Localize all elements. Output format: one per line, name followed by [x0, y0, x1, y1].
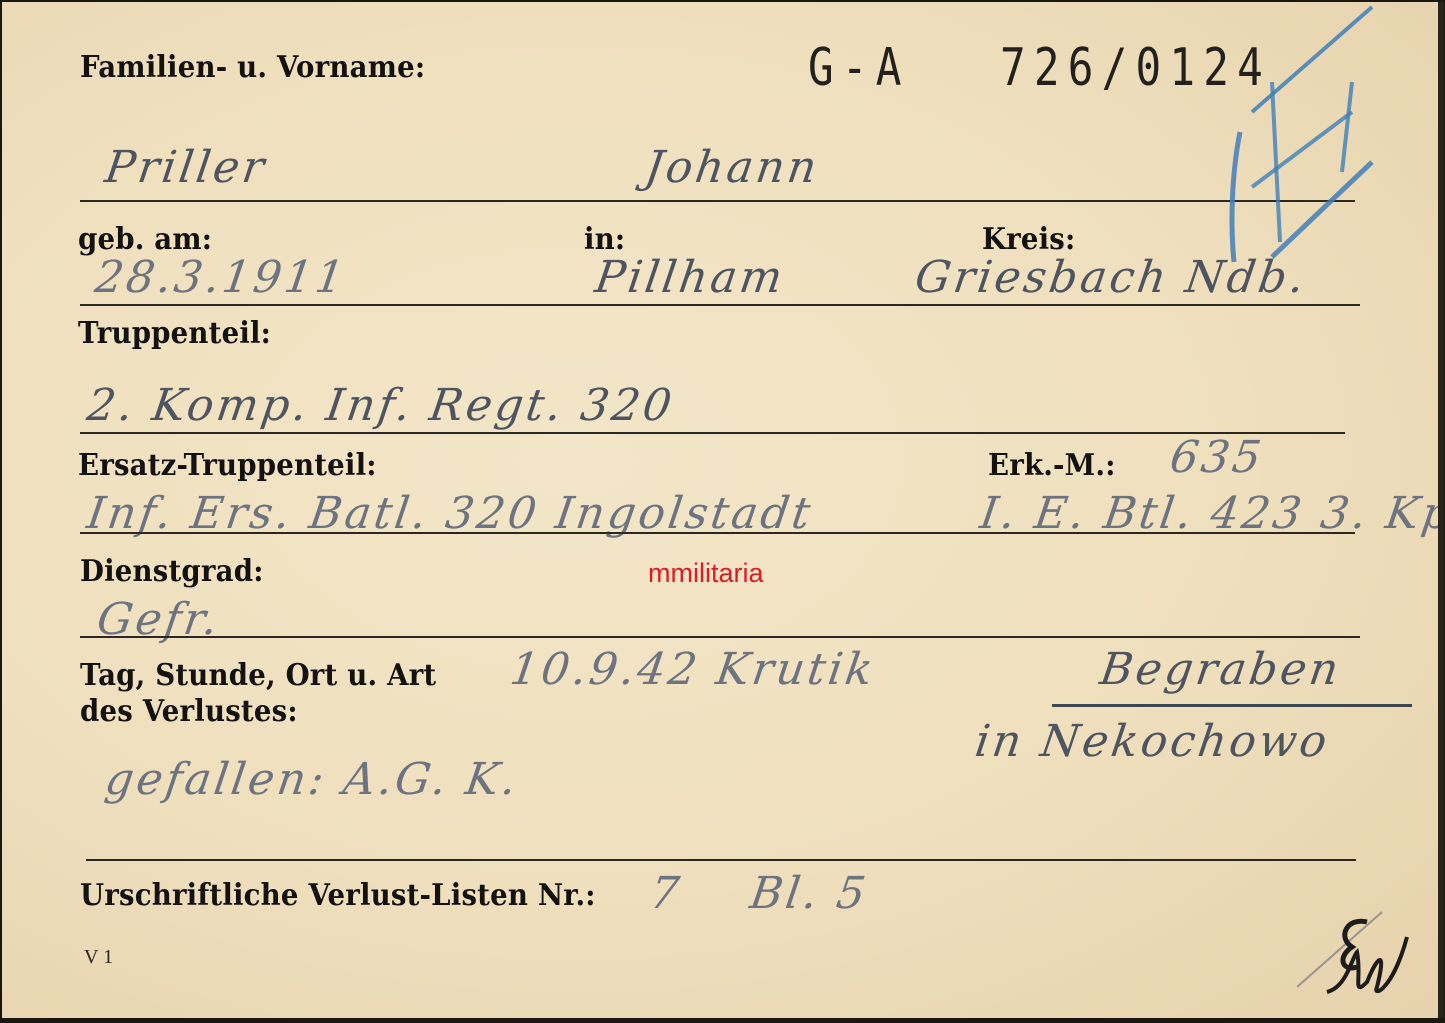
form-code: V 1	[84, 946, 113, 969]
label-rank: Dienstgrad:	[80, 554, 264, 589]
rule-unit	[80, 432, 1345, 434]
value-birth-place: Pillham	[592, 252, 788, 303]
value-surname: Priller	[102, 142, 270, 193]
label-id-tag: Erk.-M.:	[988, 448, 1116, 483]
value-burial-line2: in Nekochowo	[972, 716, 1333, 767]
rule-replacement-unit	[80, 532, 1355, 534]
value-loss-list-sheet: Bl. 5	[747, 868, 872, 919]
value-unit: 2. Komp. Inf. Regt. 320	[84, 380, 678, 431]
signature-icon	[1297, 897, 1417, 1007]
rule-burial	[1052, 704, 1412, 707]
watermark: mmilitaria	[648, 558, 764, 589]
value-burial-line1: Begraben	[1097, 644, 1345, 695]
label-loss-list: Urschriftliche Verlust-Listen Nr.:	[80, 878, 596, 913]
value-given-name: Johann	[642, 142, 823, 193]
rule-rank	[80, 636, 1360, 638]
label-loss-line1: Tag, Stunde, Ort u. Art	[80, 658, 436, 693]
label-name: Familien- u. Vorname:	[80, 50, 425, 85]
value-birth-date: 28.3.1911	[92, 252, 350, 303]
value-district: Griesbach Ndb.	[912, 252, 1310, 303]
label-replacement-unit: Ersatz-Truppenteil:	[78, 448, 377, 483]
value-loss-date-place: 10.9.42 Krutik	[507, 644, 879, 695]
rule-birth	[80, 304, 1360, 306]
casualty-index-card: Familien- u. Vorname: G-A 726/0124 Prill…	[2, 2, 1444, 1018]
value-loss-type: gefallen: A.G. K.	[102, 754, 522, 805]
blue-pencil-mark-icon	[1212, 2, 1392, 272]
value-id-tag-number: 635	[1167, 432, 1267, 483]
value-loss-list-number: 7	[647, 868, 685, 919]
rule-loss	[86, 859, 1356, 861]
label-loss-line2: des Verlustes:	[80, 694, 298, 729]
label-unit: Truppenteil:	[78, 316, 271, 351]
rule-name	[80, 200, 1355, 202]
stamp-prefix: G-A	[808, 38, 910, 98]
